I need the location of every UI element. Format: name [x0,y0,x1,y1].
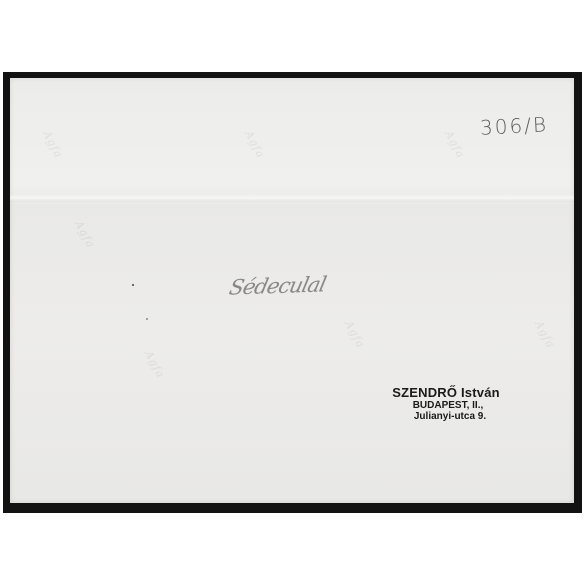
catalog-number-annotation: 306/B [479,112,548,140]
paper-watermark: Agfa [142,348,167,380]
paper-watermark: Agfa [442,128,467,160]
stamp-city: BUDAPEST, II., [376,400,516,411]
photo-back-frame: Agfa Agfa Agfa Agfa Agfa Agfa Agfa 306/B… [3,72,582,513]
dust-speck [132,284,134,286]
dust-speck [146,318,148,320]
photo-paper: Agfa Agfa Agfa Agfa Agfa Agfa Agfa 306/B… [10,78,574,503]
page-canvas: Agfa Agfa Agfa Agfa Agfa Agfa Agfa 306/B… [0,0,585,585]
paper-watermark: Agfa [72,218,97,250]
stamp-name: SZENDRŐ István [376,386,516,400]
paper-watermark: Agfa [242,128,267,160]
pencil-signature: Sédeculal [227,272,328,299]
paper-watermark: Agfa [40,128,65,160]
stamp-street: Julianyi-utca 9. [376,411,516,422]
paper-watermark: Agfa [342,318,367,350]
paper-watermark: Agfa [532,318,557,350]
photographer-stamp: SZENDRŐ István BUDAPEST, II., Julianyi-u… [376,386,516,422]
paper-fold-line [10,194,574,202]
